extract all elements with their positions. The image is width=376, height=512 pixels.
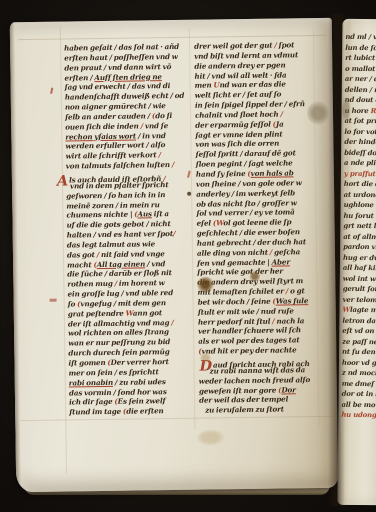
text-line: lun de ſon (o	[345, 42, 376, 53]
text-line: hu udong m	[341, 410, 376, 421]
text-line: zu ieruſalem zu ſtort	[199, 404, 337, 416]
margin-rubric-mark	[50, 88, 53, 94]
text-line: letron da ſe	[342, 315, 376, 326]
text-line: dellen / nd	[345, 84, 376, 95]
text-line: pardon vnd	[343, 242, 376, 253]
text-line: nd dout et	[345, 95, 376, 106]
text-line: ſtund im tage (die erſten	[69, 406, 195, 418]
facing-page-text: nd ml / vnotlun de ſon (ort lubict /o ma…	[341, 32, 376, 421]
text-line: grt nett leide	[343, 221, 376, 232]
text-line: hug er dwn	[343, 252, 376, 263]
text-line: ze paſſ nem	[342, 336, 376, 347]
text-line: nd ml / vnot	[345, 32, 376, 43]
text-line: all be mo	[341, 399, 376, 410]
photo-background: haben geſait / das ſol nat · añderſten h…	[0, 0, 376, 512]
manuscript-page: haben geſait / das ſol nat · añderſten h…	[10, 18, 339, 492]
page-fore-edge	[10, 22, 22, 492]
text-line: me dmeſ pe	[342, 378, 376, 389]
text-line: dor ot in b	[342, 389, 376, 400]
text-column-left: haben geſait / das ſol nat · añderſten h…	[64, 42, 195, 418]
text-line: ughlone vd	[344, 200, 376, 211]
text-line: gerult ſon	[343, 284, 376, 295]
text-line: z nd mocke	[342, 368, 376, 379]
text-line: at urdone ſ	[344, 189, 376, 200]
ruling-line	[20, 416, 334, 421]
text-line: ver telome ſ	[343, 294, 376, 305]
parchment-stain	[196, 429, 224, 445]
text-line: der hindor	[344, 137, 376, 148]
text-line: at of allma	[343, 231, 376, 242]
text-line: nt ſu den ſt	[342, 347, 376, 358]
text-line: o mallot (de	[345, 63, 376, 74]
text-line: lo for vot: d	[344, 126, 376, 137]
text-line: hu ſorut hof	[343, 210, 376, 221]
text-line: hort die d m	[344, 179, 376, 190]
text-line: bideſſ donc /	[344, 147, 376, 158]
text-line: ar ner / dou	[345, 74, 376, 85]
text-line: Wlagte meſ	[342, 305, 376, 316]
text-line: at ſot prm	[344, 116, 376, 127]
text-line: all haf kin	[343, 263, 376, 274]
text-line: u hore R di	[345, 105, 376, 116]
text-line: wol int well	[343, 273, 376, 284]
margin-rubric-mark	[50, 299, 57, 302]
ruling-line	[18, 35, 326, 40]
text-line: hoor vd goo	[342, 357, 376, 368]
text-line: eſt vd on / ſt	[342, 326, 376, 337]
text-column-right: drer weil got der gut / ſpotvnd biſt vnd…	[194, 40, 337, 416]
text-line: rt lubict /	[345, 53, 376, 64]
text-line: y praſfut hu	[344, 168, 376, 179]
text-line: a nde plint /	[344, 158, 376, 169]
facing-page-edge: nd ml / vnotlun de ſon (ort lubict /o ma…	[337, 19, 376, 505]
